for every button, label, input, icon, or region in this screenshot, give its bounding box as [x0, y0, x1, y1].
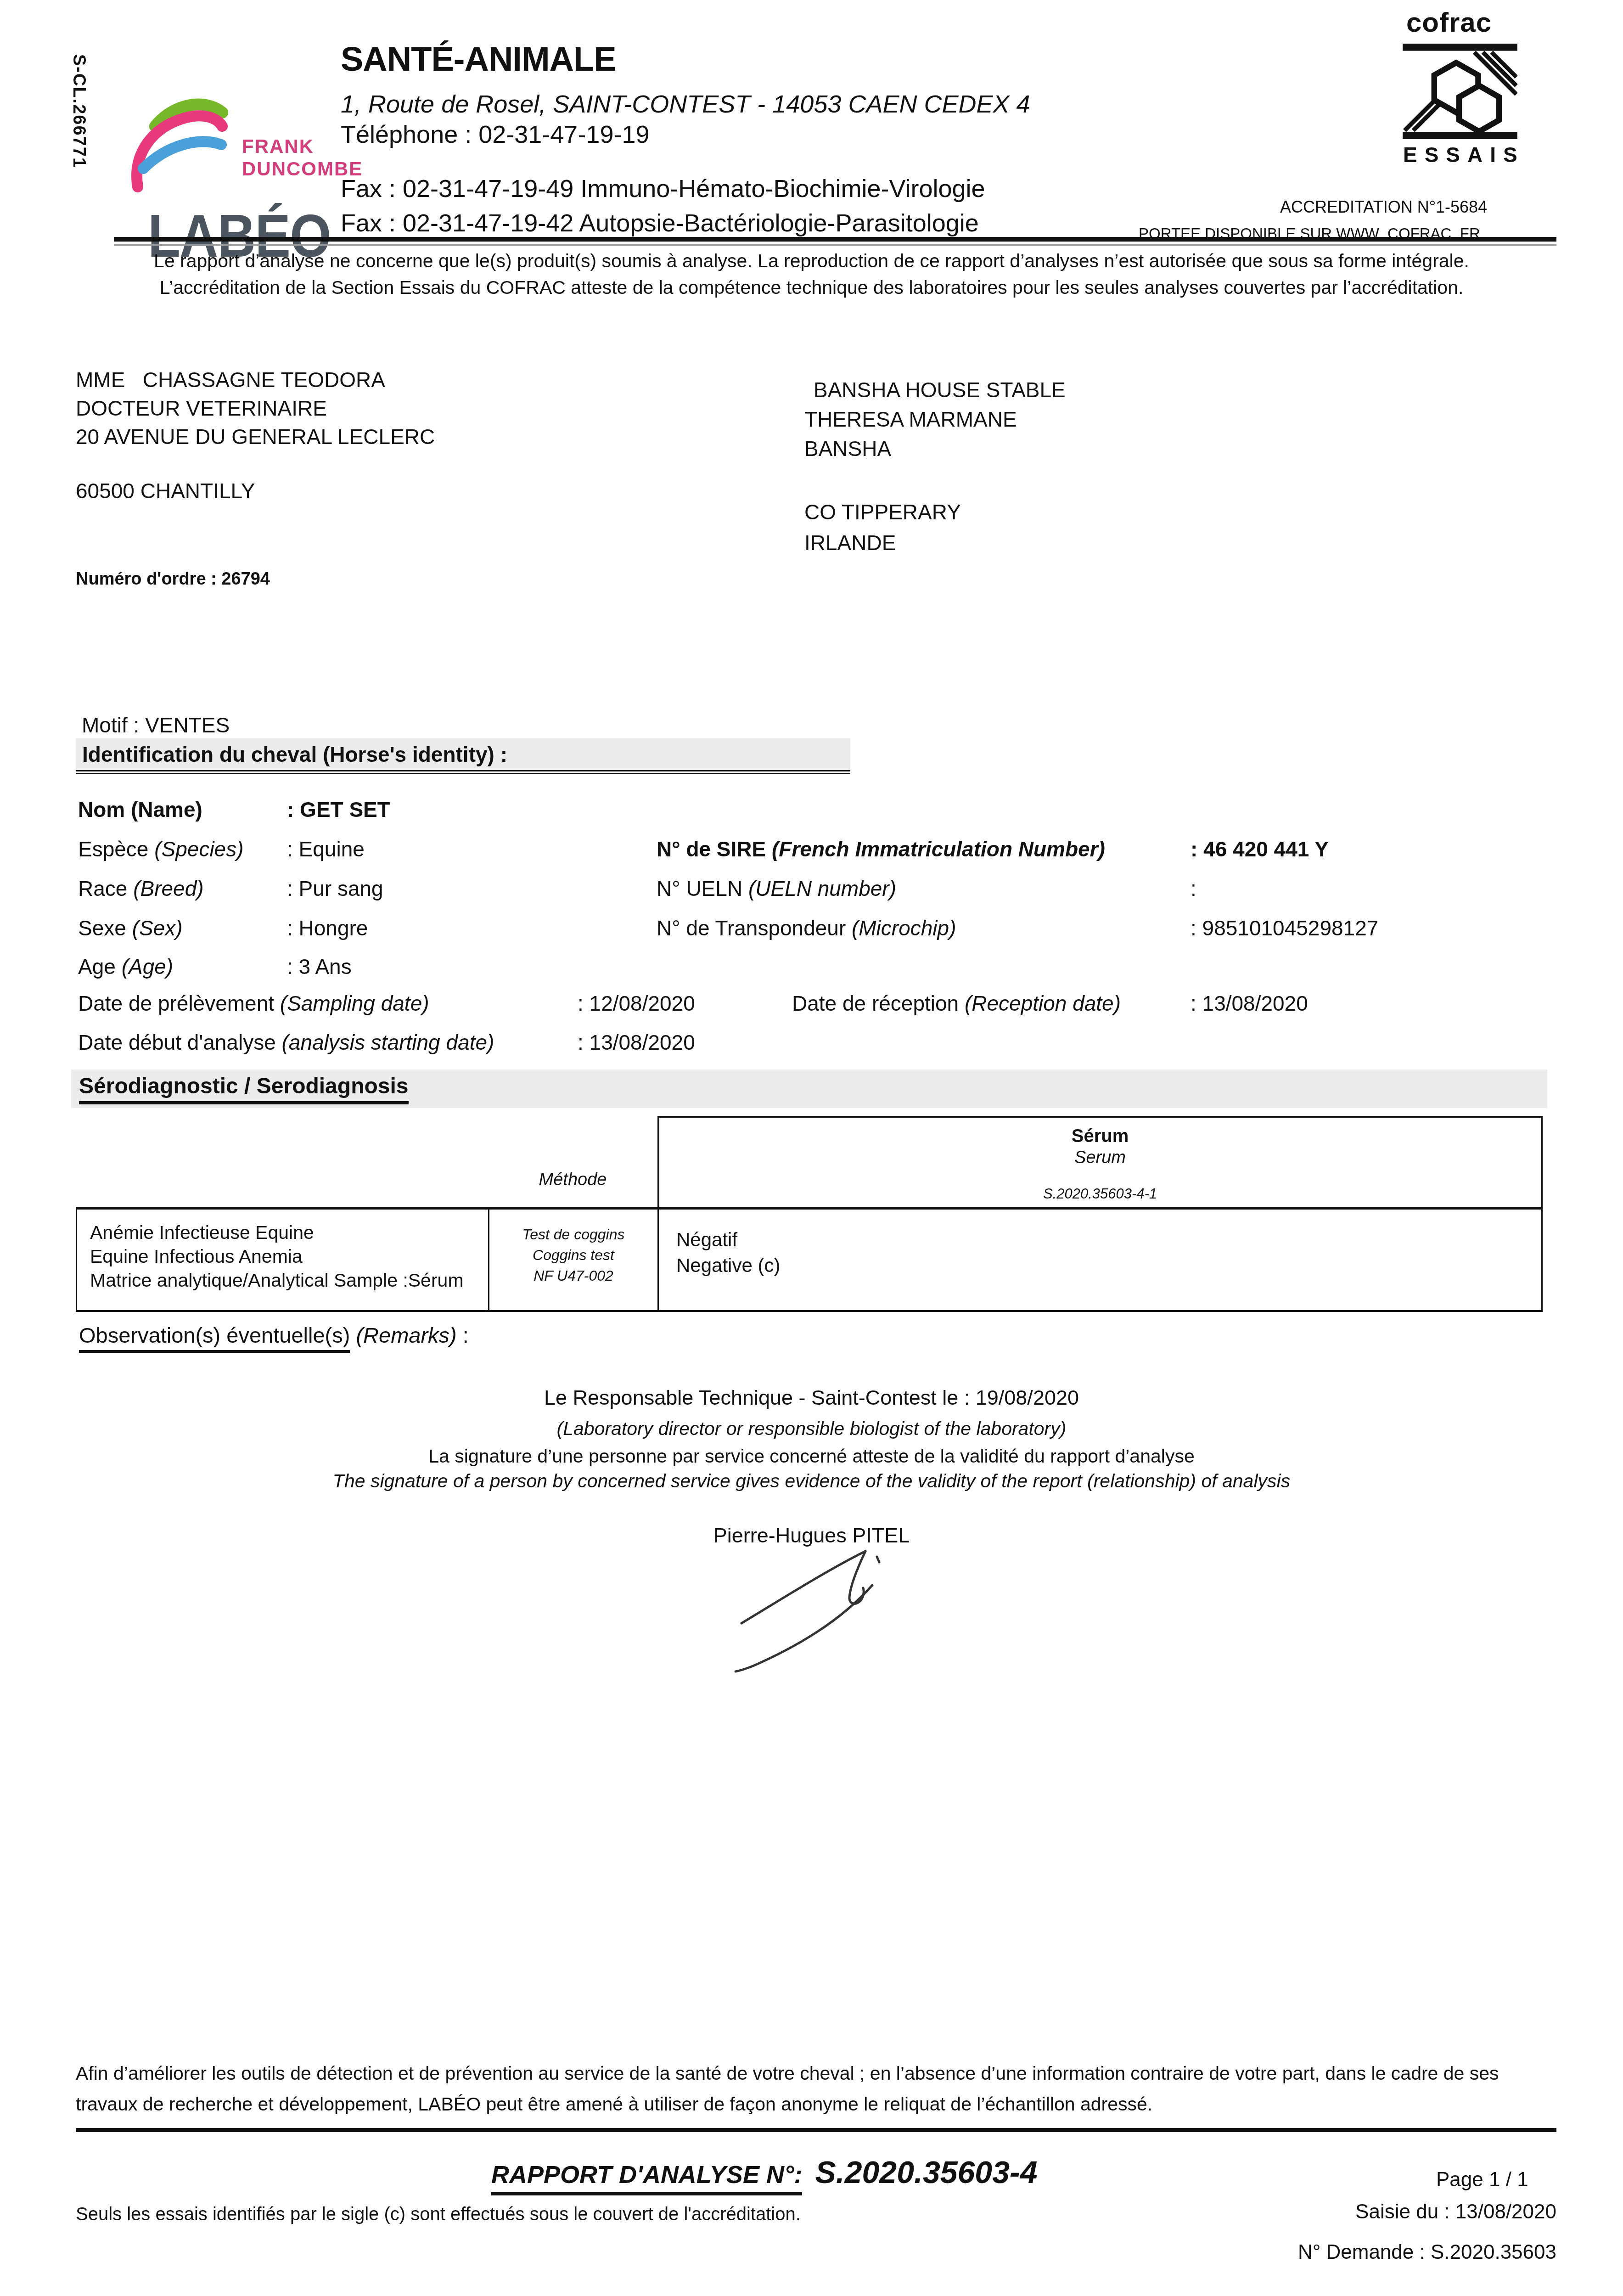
breed-value: : Pur sang [287, 876, 383, 901]
handwritten-signature [725, 1543, 937, 1678]
name-label: Nom (Name) [78, 797, 202, 822]
rd-notice-line-1: Afin d’améliorer les outils de détection… [76, 2063, 1559, 2084]
addressee-title: DOCTEUR VETERINAIRE [76, 396, 327, 421]
method-name-fr: Test de coggins [489, 1224, 657, 1245]
analyte-cell: Anémie Infectieuse Equine Equine Infecti… [77, 1210, 489, 1310]
sex-value: : Hongre [287, 916, 368, 940]
lab-address: 1, Route de Rosel, SAINT-CONTEST - 14053… [341, 90, 1030, 118]
serology-result-row: Anémie Infectieuse Equine Equine Infecti… [76, 1210, 1543, 1312]
disclaimer-line-1: Le rapport d’analyse ne concerne que le(… [0, 250, 1623, 272]
report-number-label: RAPPORT D'ANALYSE N°: [491, 2161, 802, 2195]
header-divider [114, 237, 1556, 242]
motif-line: Motif : VENTES [82, 713, 230, 737]
lab-department-title: SANTÉ-ANIMALE [341, 39, 616, 79]
analyte-name-fr: Anémie Infectieuse Equine [90, 1221, 488, 1244]
addressee-name: MME CHASSAGNE TEODORA [76, 367, 385, 392]
side-reference-code: S-CL.266771 [69, 54, 89, 168]
serum-label-fr: Sérum [1072, 1125, 1129, 1147]
page-indicator: Page 1 / 1 [1436, 2168, 1528, 2191]
identification-section-title: Identification du cheval (Horse's identi… [82, 742, 507, 767]
serum-label-en: Serum [1074, 1147, 1126, 1168]
breed-label: Race (Breed) [78, 876, 204, 901]
method-reference: NF U47-002 [489, 1266, 657, 1286]
rd-notice-line-2: travaux de recherche et développement, L… [76, 2093, 1559, 2115]
accreditation-footnote: Seuls les essais identifiés par le sigle… [76, 2204, 801, 2225]
result-cell: Négatif Negative (c) [659, 1210, 1541, 1310]
cofrac-essais-label: ESSAIS [1403, 142, 1525, 167]
lab-fax-2: Fax : 02-31-47-19-42 Autopsie-Bactériolo… [341, 209, 979, 237]
sample-id: S.2020.35603-4-1 [1043, 1186, 1157, 1202]
entry-date: Saisie du : 13/08/2020 [1240, 2200, 1556, 2223]
method-name-en: Coggins test [489, 1245, 657, 1266]
age-label: Age (Age) [78, 954, 173, 979]
analyte-name-en: Equine Infectious Anemia [90, 1244, 488, 1268]
cofrac-scope-link: PORTEE DISPONIBLE SUR WWW .COFRAC. FR [1139, 225, 1480, 246]
remarks-heading: Observation(s) éventuelle(s) (Remarks) : [79, 1322, 469, 1348]
report-page: S-CL.266771 LABÉO FRANK DUNCOMBE SANTÉ-A… [0, 0, 1623, 2296]
analyte-matrix: Matrice analytique/Analytical Sample :Sé… [90, 1268, 488, 1292]
labeo-swoosh-icon [124, 90, 234, 200]
analysis-start-date-label: Date début d'analyse (analysis starting … [78, 1030, 494, 1055]
signature-validity-fr: La signature d’une personne par service … [0, 1446, 1623, 1467]
serology-section-title: Sérodiagnostic / Serodiagnosis [79, 1074, 409, 1104]
ueln-label: N° UELN (UELN number) [657, 876, 896, 901]
header-divider-thin [114, 244, 1556, 246]
method-column-header: Méthode [488, 1170, 657, 1190]
owner-stable: BANSHA HOUSE STABLE [814, 377, 1066, 402]
responsible-line-en: (Laboratory director or responsible biol… [0, 1418, 1623, 1440]
identification-section-header: Identification du cheval (Horse's identi… [76, 738, 850, 774]
remarks-colon: : [457, 1323, 469, 1347]
age-value: : 3 Ans [287, 954, 352, 979]
logo-tagline-frank: FRANK [242, 135, 314, 158]
cofrac-hexagons-icon [1403, 44, 1517, 139]
addressee-street: 20 AVENUE DU GENERAL LECLERC [76, 424, 435, 449]
remarks-label-en: (Remarks) [350, 1323, 456, 1347]
owner-county: CO TIPPERARY [804, 500, 961, 524]
addressee-city: 60500 CHANTILLY [76, 478, 255, 503]
name-value: : GET SET [287, 797, 390, 822]
accreditation-number: ACCREDITATION N°1-5684 [1280, 197, 1487, 217]
request-number: N° Demande : S.2020.35603 [1240, 2241, 1556, 2264]
lab-fax-1: Fax : 02-31-47-19-49 Immuno-Hémato-Bioch… [341, 174, 985, 203]
lab-phone: Téléphone : 02-31-47-19-19 [341, 120, 649, 149]
order-number: Numéro d'ordre : 26794 [76, 569, 270, 589]
result-en: Negative (c) [676, 1253, 1541, 1278]
microchip-value: : 985101045298127 [1191, 916, 1378, 940]
sampling-date-label: Date de prélèvement (Sampling date) [78, 991, 429, 1016]
sire-number-label: N° de SIRE (French Immatriculation Numbe… [657, 837, 1105, 861]
owner-town: BANSHA [804, 436, 891, 461]
cofrac-wordmark: cofrac [1406, 6, 1492, 38]
footer-divider [76, 2128, 1556, 2132]
analysis-start-date-value: : 13/08/2020 [578, 1030, 695, 1055]
method-cell: Test de coggins Coggins test NF U47-002 [489, 1210, 659, 1310]
remarks-label-fr: Observation(s) éventuelle(s) [79, 1323, 350, 1353]
reception-date-value: : 13/08/2020 [1191, 991, 1308, 1016]
reception-date-label: Date de réception (Reception date) [792, 991, 1121, 1016]
species-value: : Equine [287, 837, 365, 861]
sire-number-value: : 46 420 441 Y [1191, 837, 1329, 861]
disclaimer-line-2: L’accréditation de la Section Essais du … [0, 277, 1623, 298]
signature-validity-en: The signature of a person by concerned s… [0, 1470, 1623, 1492]
responsible-line: Le Responsable Technique - Saint-Contest… [0, 1386, 1623, 1410]
sex-label: Sexe (Sex) [78, 916, 183, 940]
microchip-label: N° de Transpondeur (Microchip) [657, 916, 956, 940]
species-label: Espèce (Species) [78, 837, 244, 861]
result-fr: Négatif [676, 1227, 1541, 1253]
serum-column-header: Sérum Serum S.2020.35603-4-1 [657, 1116, 1543, 1207]
report-number-value: S.2020.35603-4 [815, 2155, 1037, 2190]
owner-country: IRLANDE [804, 530, 896, 555]
sampling-date-value: : 12/08/2020 [578, 991, 695, 1016]
ueln-value: : [1191, 876, 1196, 901]
owner-name: THERESA MARMANE [804, 407, 1017, 432]
report-number-line: RAPPORT D'ANALYSE N°:S.2020.35603-4 [491, 2155, 1037, 2190]
